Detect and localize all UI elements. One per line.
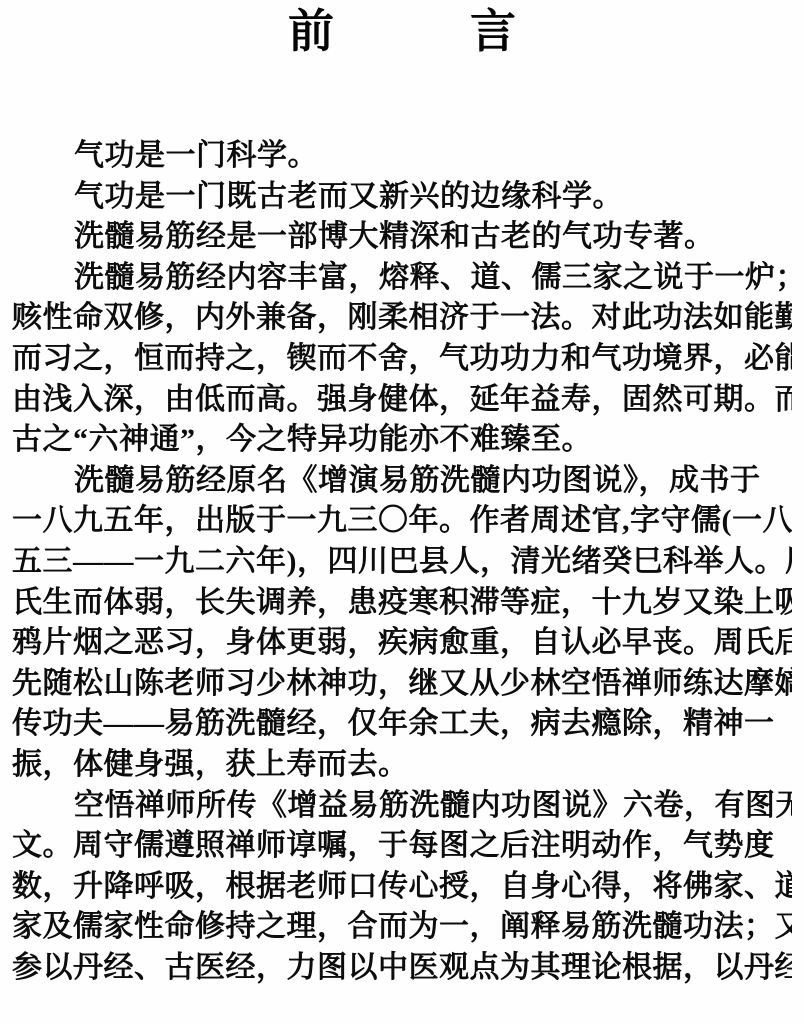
text-line: 五三——一九二六年)，四川巴县人，清光绪癸巳科举人。周	[12, 542, 792, 583]
text-line: 而习之，恒而持之，锲而不舍，气功功力和气功境界，必能	[12, 339, 792, 380]
text-line: 古之“六神通”，今之特异功能亦不难臻至。	[12, 420, 792, 461]
page-title: 前 言	[0, 6, 804, 58]
text-line: 文。周守儒遵照禅师谆嘱，于每图之后注明动作，气势度	[12, 826, 792, 867]
text-line: 一八九五年，出版于一九三〇年。作者周述官,字守儒(一八	[12, 501, 792, 542]
text-line: 洗髓易筋经原名《增演易筋洗髓内功图说》，成书于	[12, 461, 792, 502]
title-char-yan: 言	[470, 6, 516, 58]
text-line: 赅性命双修，内外兼备，刚柔相济于一法。对此功法如能勤	[12, 298, 792, 339]
text-line: 数，升降呼吸，根据老师口传心授，自身心得，将佛家、道	[12, 867, 792, 908]
text-line: 先随松山陈老师习少林神功，继又从少林空悟禅师练达摩嫡	[12, 664, 792, 705]
text-line: 洗髓易筋经是一部博大精深和古老的气功专著。	[12, 217, 792, 258]
text-line: 氏生而体弱，长失调养，患疫寒积滞等症，十九岁又染上吸	[12, 583, 792, 624]
body-text: 气功是一门科学。 气功是一门既古老而又新兴的边缘科学。 洗髓易筋经是一部博大精深…	[0, 136, 804, 988]
text-line: 由浅入深，由低而高。强身健体，延年益寿，固然可期。而	[12, 380, 792, 421]
text-line: 家及儒家性命修持之理，合而为一，阐释易筋洗髓功法；又	[12, 907, 792, 948]
text-line: 空悟禅师所传《增益易筋洗髓内功图说》六卷，有图无	[12, 786, 792, 827]
text-line: 气功是一门既古老而又新兴的边缘科学。	[12, 177, 792, 218]
text-line: 振，体健身强，获上寿而去。	[12, 745, 792, 786]
scanned-book-page: 前 言 气功是一门科学。 气功是一门既古老而又新兴的边缘科学。 洗髓易筋经是一部…	[0, 0, 804, 1024]
text-line: 气功是一门科学。	[12, 136, 792, 177]
title-char-qian: 前	[288, 6, 334, 58]
text-line: 传功夫——易筋洗髓经，仅年余工夫，病去瘾除，精神一	[12, 704, 792, 745]
text-line: 鸦片烟之恶习，身体更弱，疾病愈重，自认必早丧。周氏后	[12, 623, 792, 664]
text-line: 参以丹经、古医经，力图以中医观点为其理论根据，以丹经	[12, 948, 792, 989]
text-line: 洗髓易筋经内容丰富，熔释、道、儒三家之说于一炉；	[12, 258, 792, 299]
